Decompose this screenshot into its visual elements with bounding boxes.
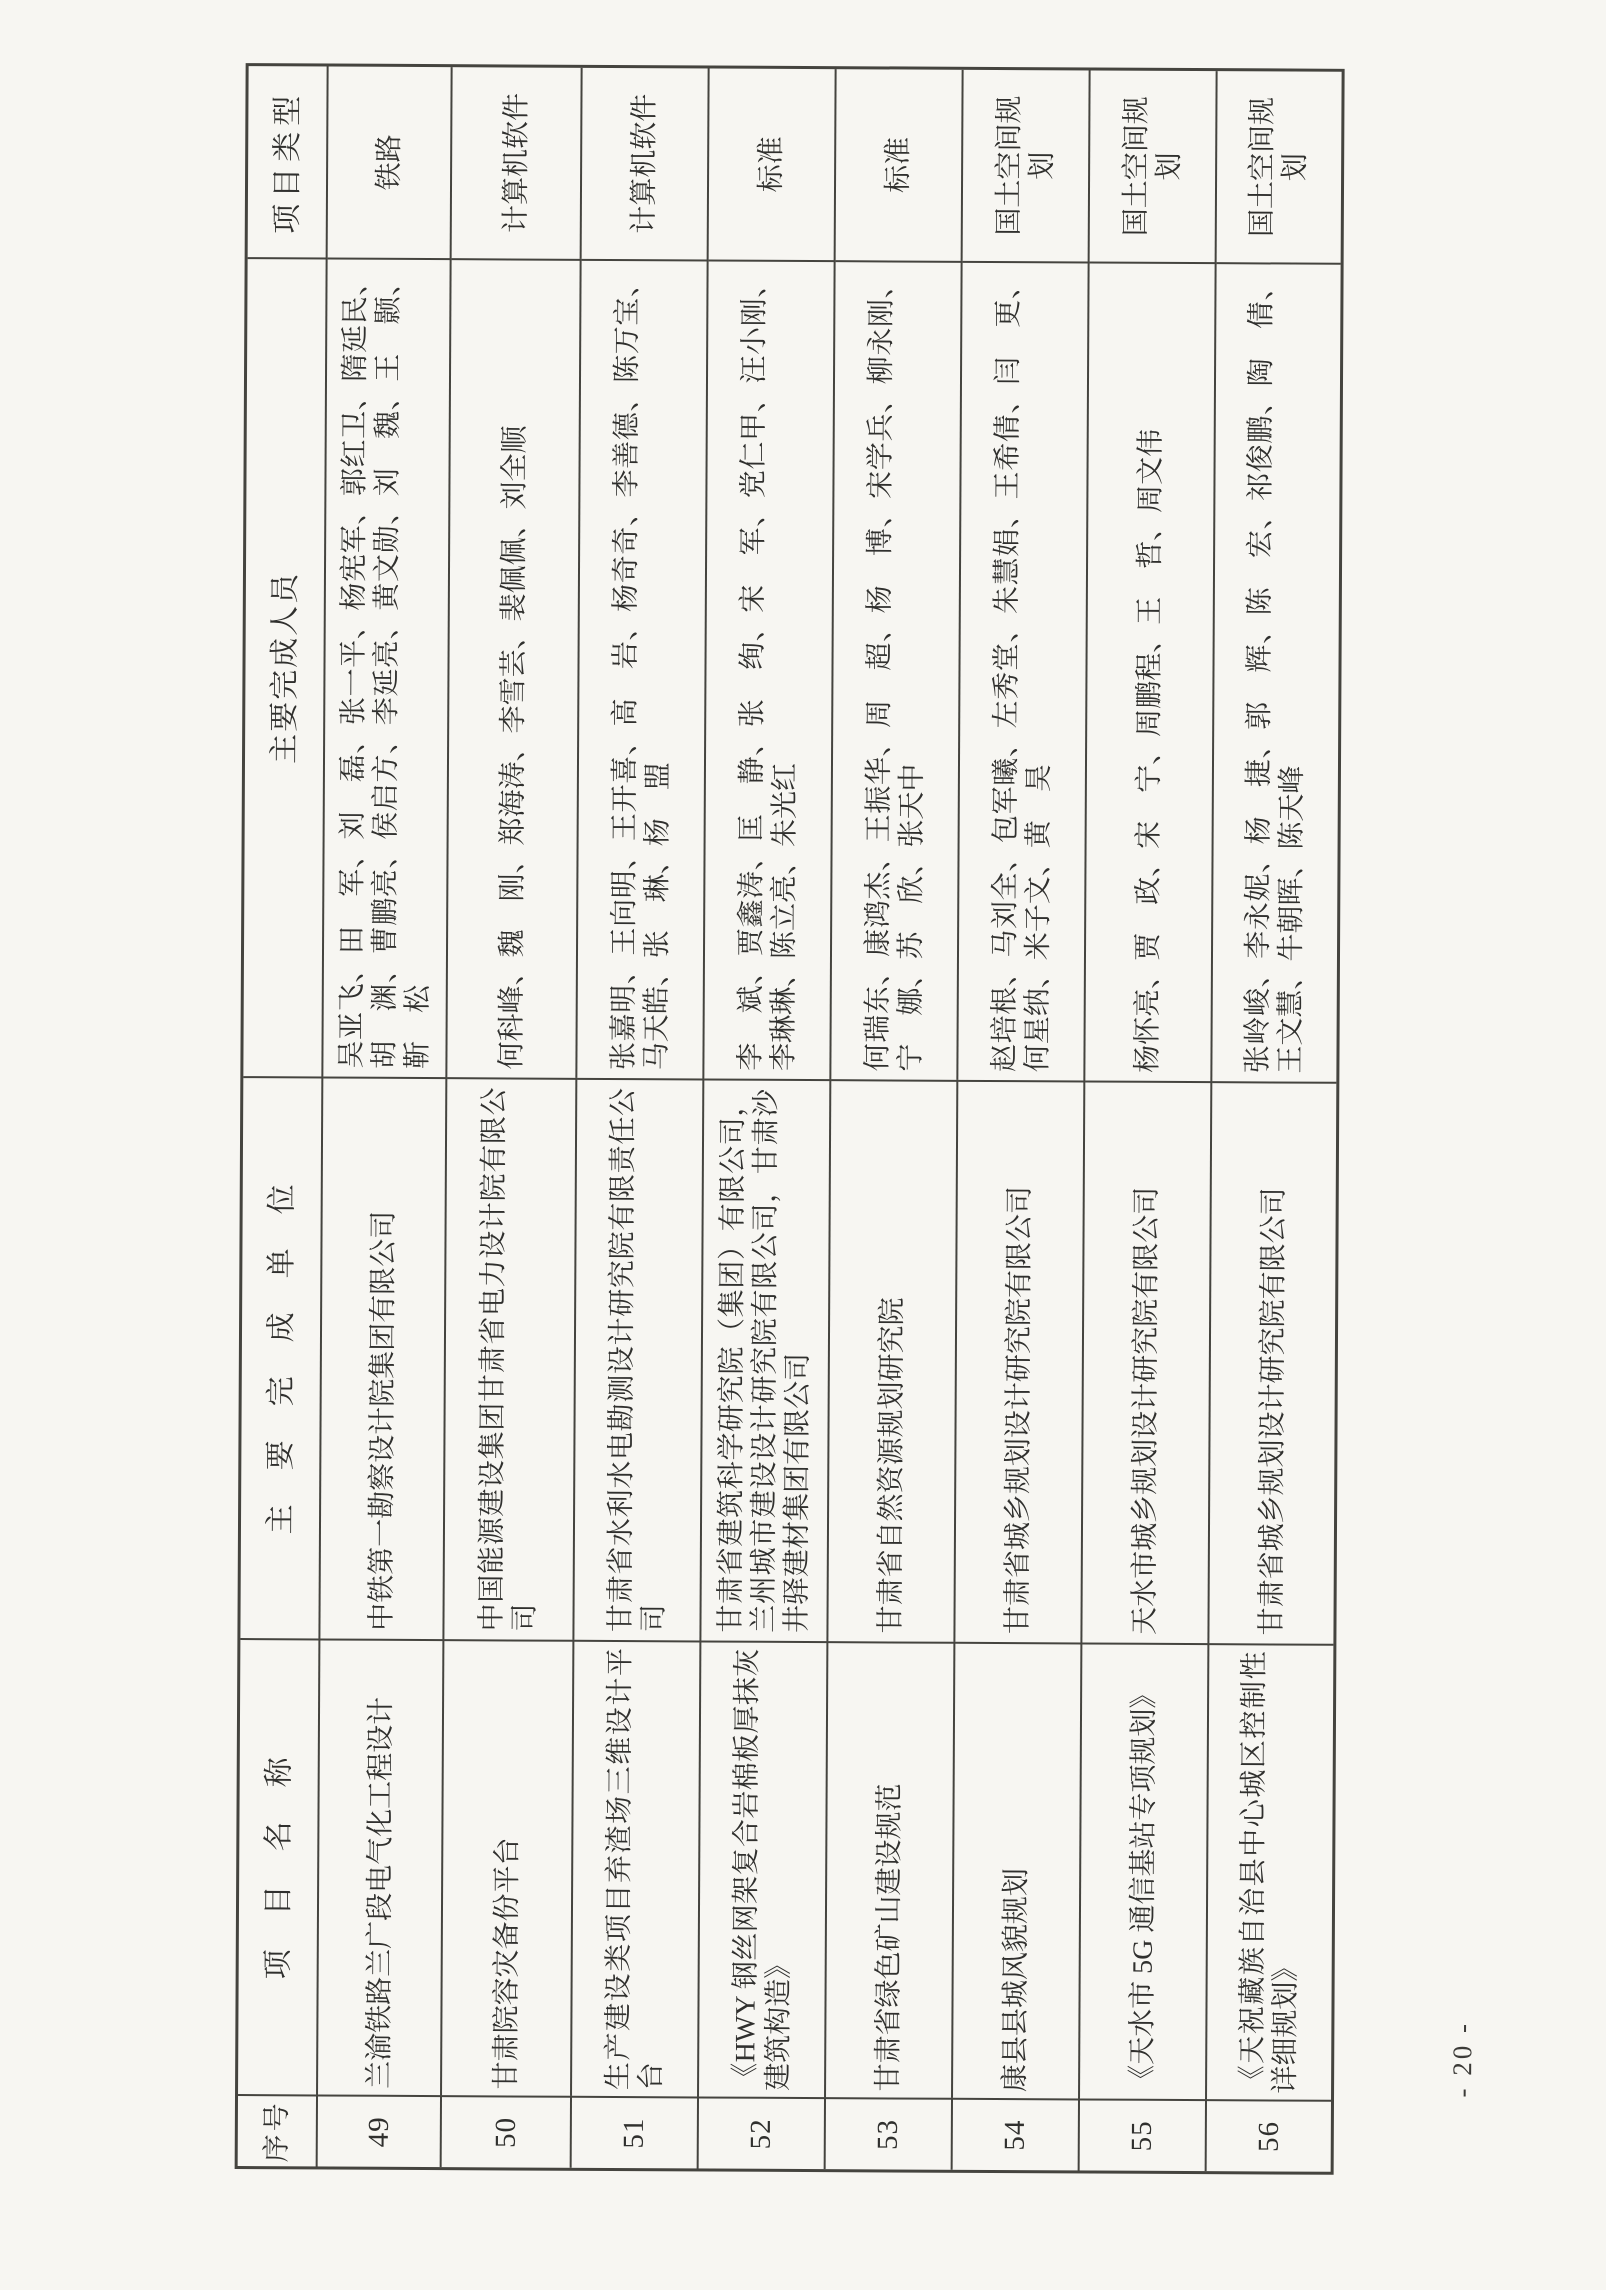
header-people: 主要完成人员: [243, 257, 327, 1076]
cell-organizations: 甘肃省自然资源规划研究院: [828, 1079, 958, 1642]
header-name: 项 目 名 称: [238, 1638, 320, 2094]
cell-no: 54: [953, 2098, 1080, 2171]
cell-organizations: 甘肃省水利水电勘测设计研究院有限责任公司: [574, 1078, 704, 1641]
rotated-landscape-content: 序号 项 目 名 称 主 要 完 成 单 位 主要完成人员 项目类型 49 兰渝…: [0, 0, 1606, 2290]
cell-no: 56: [1207, 2099, 1331, 2172]
cell-organizations: 中铁第一勘察设计院集团有限公司: [320, 1076, 447, 1639]
cell-organizations: 天水市城乡规划设计研究院有限公司: [1082, 1080, 1212, 1643]
cell-project-name: 《HWY 钢丝网架复合岩棉板厚抹灰建筑构造》: [699, 1640, 828, 2097]
cell-personnel: 杨怀亮、贾 政、宋 宁、周鹏程、王 哲、周文伟: [1085, 261, 1216, 1081]
cell-project-type: 标准: [836, 69, 964, 261]
cell-personnel: 张嘉明、王向明、王开喜、高 岩、杨奇奇、李善德、陈万宝、马天皓、张 琳、杨 盟: [577, 259, 708, 1079]
award-table: 序号 项 目 名 称 主 要 完 成 单 位 主要完成人员 项目类型 49 兰渝…: [235, 63, 1345, 2175]
cell-no: 55: [1080, 2098, 1207, 2171]
header-no: 序号: [238, 2094, 318, 2166]
cell-personnel: 李 斌、贾鑫涛、匡 静、张 绚、宋 军、党仁甲、汪小刚、李琳琳、陈立亮、朱光红: [704, 259, 835, 1079]
header-org: 主 要 完 成 单 位: [240, 1076, 323, 1638]
cell-project-name: 兰渝铁路兰广段电气化工程设计: [318, 1638, 444, 2095]
cell-personnel: 吴亚飞、田 军、刘 磊、张一平、杨宪军、郭红卫、隋延民、胡 渊、曹鹏亮、侯启方、…: [323, 257, 451, 1077]
cell-project-name: 甘肃院容灾备份平台: [442, 1639, 574, 2096]
cell-project-name: 《天水市 5G 通信基站专项规划》: [1080, 1642, 1209, 2099]
cell-project-name: 生产建设类项目弃渣场三维设计平台: [572, 1640, 701, 2097]
cell-project-type: 计算机软件: [452, 67, 583, 259]
cell-organizations: 甘肃省城乡规划设计研究院有限公司: [955, 1080, 1085, 1643]
scanned-page: 序号 项 目 名 称 主 要 完 成 单 位 主要完成人员 项目类型 49 兰渝…: [0, 0, 1606, 2290]
cell-project-name: 康县县城风貌规划: [953, 1642, 1082, 2099]
cell-organizations: 中国能源建设集团甘肃省电力设计院有限公司: [444, 1077, 577, 1640]
cell-project-name: 《天祝藏族自治县中心城区控制性详细规划》: [1207, 1643, 1333, 2100]
cell-no: 49: [318, 2094, 442, 2167]
cell-personnel: 何瑞东、康鸿杰、王振华、周 超、杨 博、宋学兵、柳永刚、宁 娜、苏 欣、张天中: [831, 260, 962, 1080]
cell-project-name: 甘肃省绿色矿山建设规范: [826, 1641, 955, 2098]
header-type: 项目类型: [248, 66, 329, 257]
page-number: - 20 -: [1447, 2021, 1478, 2098]
cell-project-type: 国土空间规划: [1217, 71, 1342, 263]
cell-organizations: 甘肃省城乡规划设计研究院有限公司: [1209, 1081, 1336, 1644]
cell-no: 50: [442, 2095, 572, 2168]
cell-project-type: 标准: [709, 68, 837, 260]
cell-project-type: 国土空间规划: [963, 70, 1091, 262]
cell-no: 52: [699, 2096, 826, 2169]
cell-project-type: 铁路: [328, 67, 453, 259]
cell-organizations: 甘肃省建筑科学研究院（集团）有限公司，兰州城市建设设计研究院有限公司，甘肃沙井驿…: [701, 1078, 831, 1641]
cell-project-type: 国土空间规划: [1090, 70, 1218, 262]
cell-no: 53: [826, 2097, 953, 2170]
cell-no: 51: [572, 2096, 699, 2169]
cell-personnel: 赵培根、马刘全、包军曦、左秀堂、朱慧娟、王希倩、闫 更、何星纳、米子文、黄 昊: [958, 261, 1089, 1081]
cell-personnel: 何科峰、魏 刚、郑海涛、李雪芸、裴佩佩、刘全顺: [447, 258, 581, 1078]
cell-project-type: 计算机软件: [582, 68, 710, 260]
cell-personnel: 张岭峻、李永妮、杨 捷、郭 辉、陈 宏、祁俊鹏、陶 倩、王文慧、牛朝晖、陈天峰: [1212, 262, 1340, 1082]
